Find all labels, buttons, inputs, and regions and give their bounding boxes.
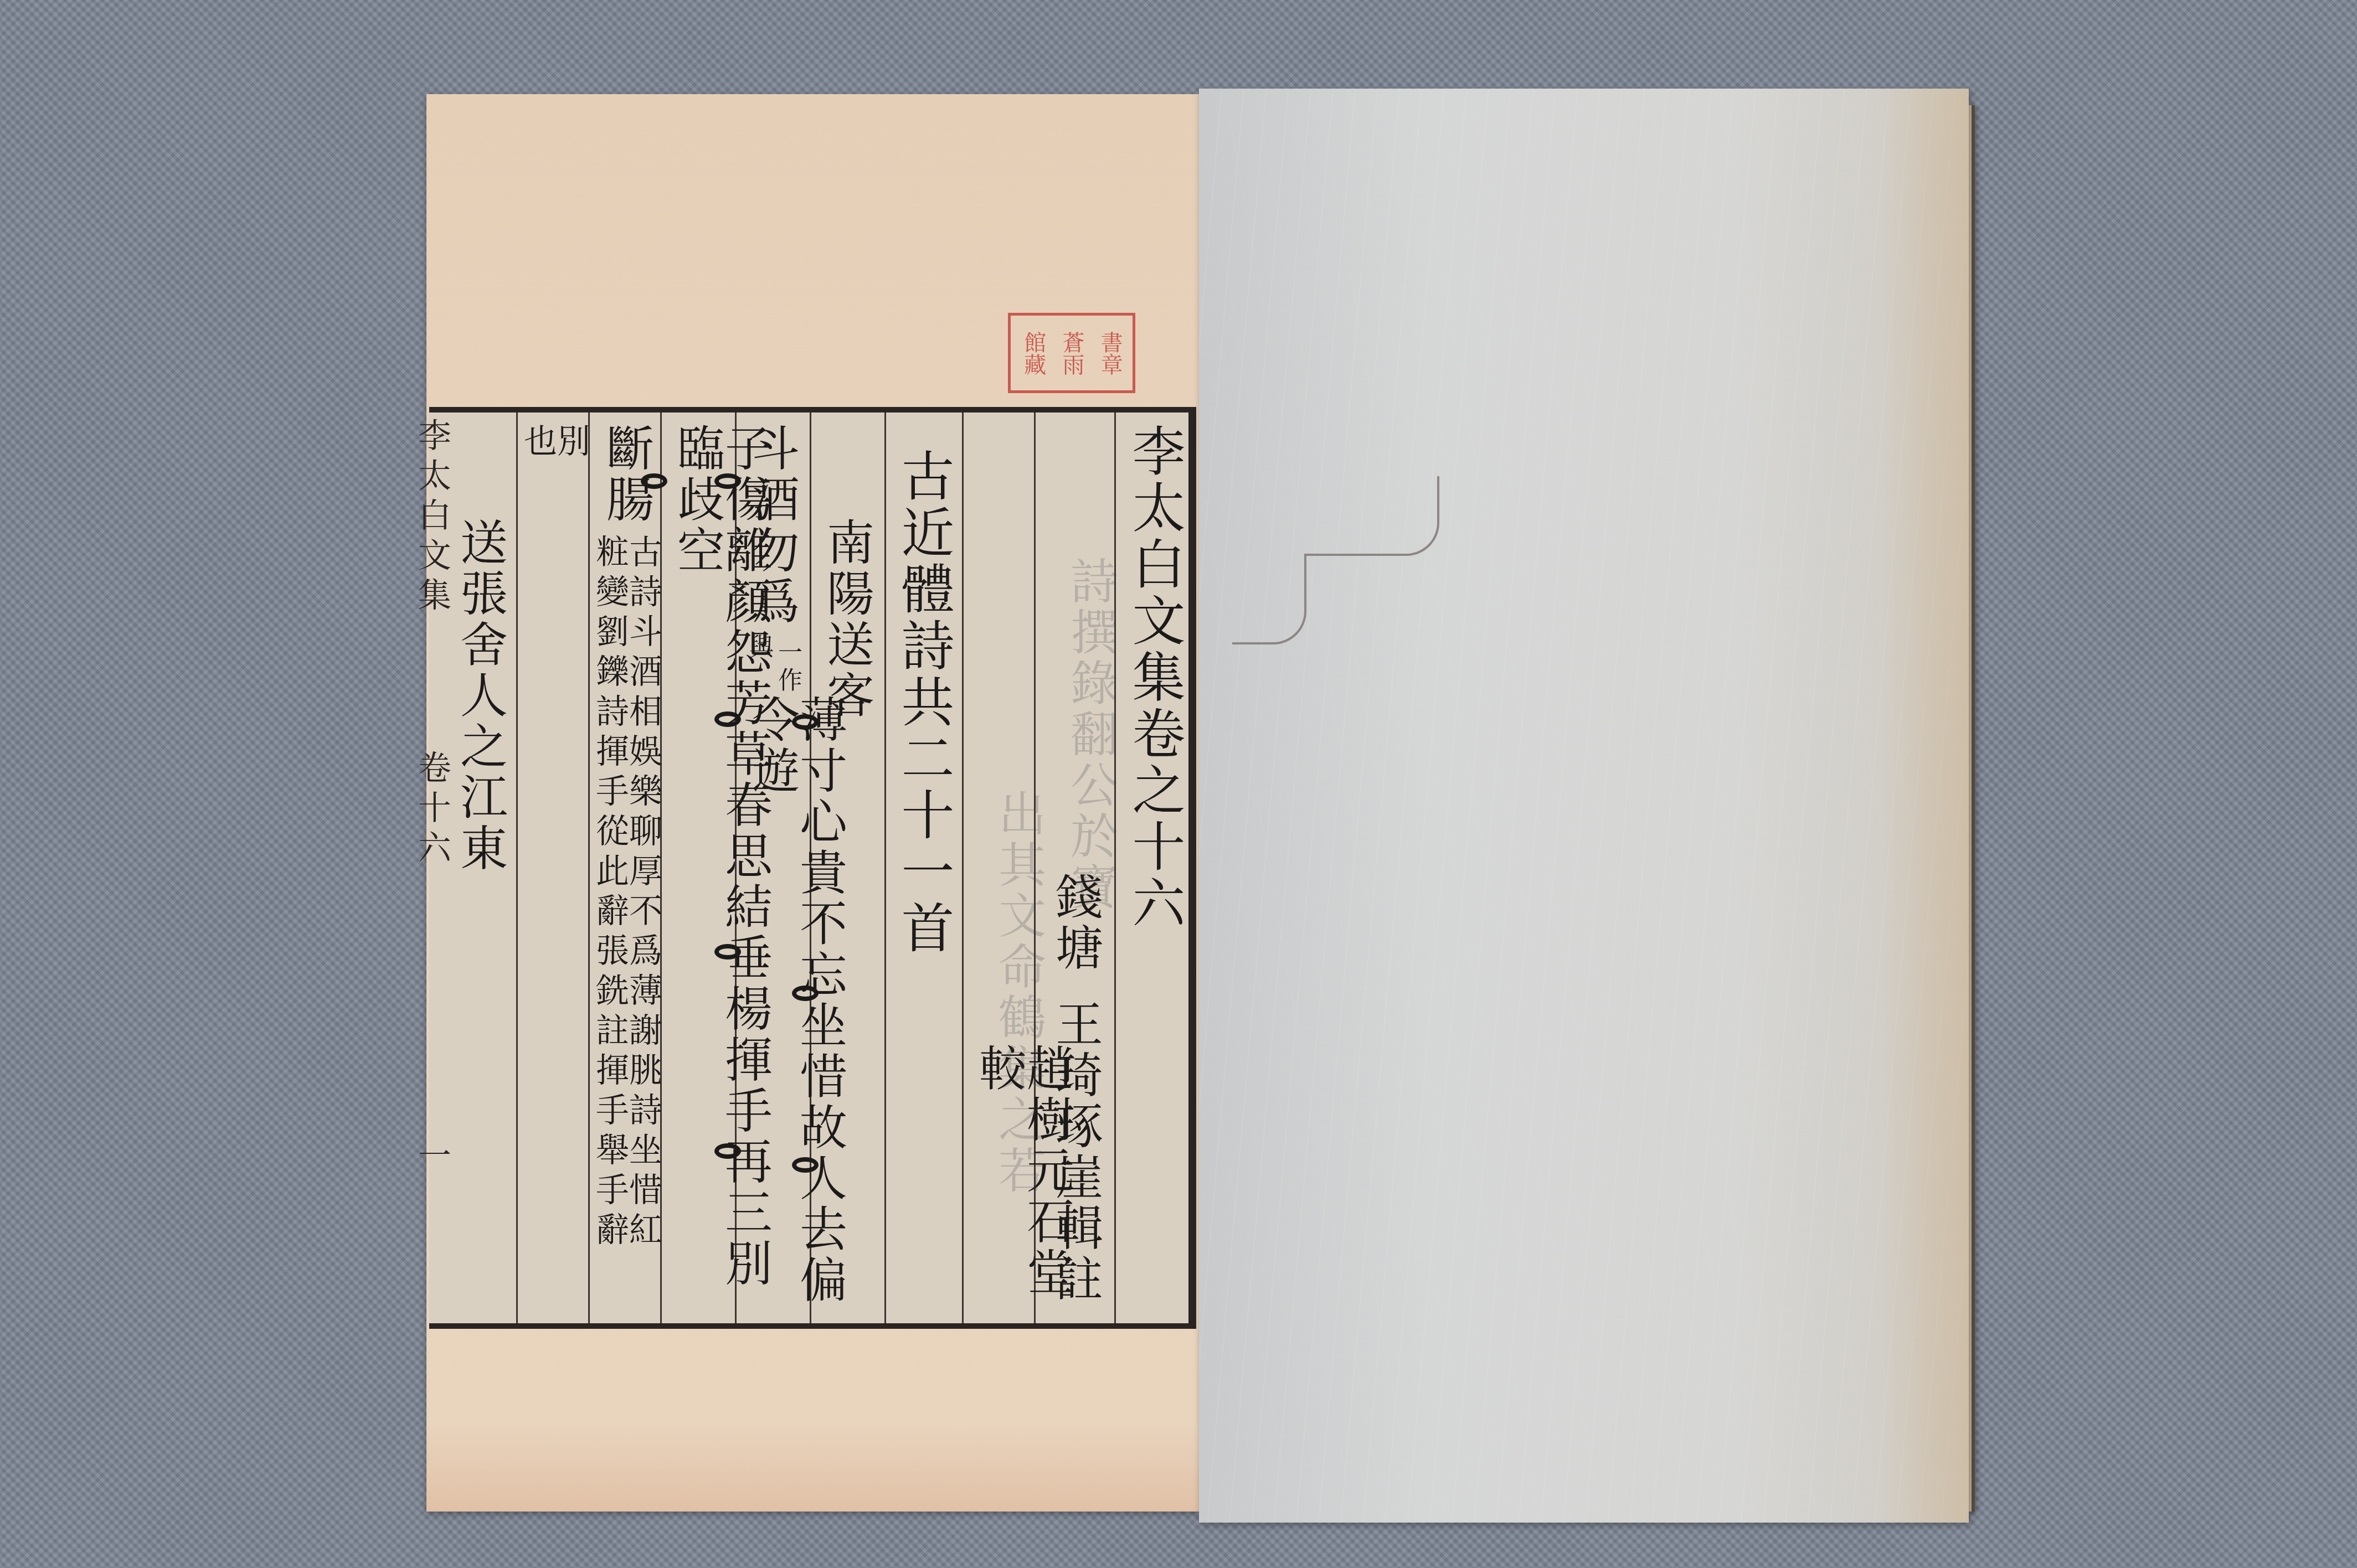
open-book: 書章 蒼雨 館藏 李太白文集卷之十六 錢塘 王琦琢崖輯註 趙樹元石堂較 古近體詩… xyxy=(0,0,2357,1568)
print-frame: 李太白文集卷之十六 錢塘 王琦琢崖輯註 趙樹元石堂較 古近體詩共二十一首 南陽送… xyxy=(429,407,1196,1329)
column-note-end: 別 也 xyxy=(518,412,590,1323)
poem-text: 子傷離顏怨芳草春思結垂楊揮手再三別臨歧空 xyxy=(673,424,768,1323)
section-heading: 古近體詩共二十一首 xyxy=(897,448,950,957)
poem-text: 斷腸 xyxy=(602,424,650,525)
rhyme-mark-icon xyxy=(714,944,741,960)
binding-thread xyxy=(1304,476,1439,556)
variant-note: 一作 xyxy=(775,639,800,695)
book-title: 李太白文集卷之十六 xyxy=(1128,424,1181,932)
rhyme-mark-icon xyxy=(714,473,741,489)
margin-page-number: 一 xyxy=(415,1138,449,1178)
column-section-heading: 古近體詩共二十一首 xyxy=(886,412,964,1323)
commentary-note: 粧變劉鑠詩揮手從此辭張銑註揮手舉手辭 xyxy=(593,534,626,1252)
paper-fibers xyxy=(1199,89,1969,1523)
column-title: 李太白文集卷之十六 xyxy=(1116,412,1188,1323)
margin-book-title: 李太白文集 xyxy=(415,418,449,617)
rhyme-mark-icon xyxy=(714,711,741,727)
column-poem-line-1b: 子傷離顏怨芳草春思結垂楊揮手再三別臨歧空 xyxy=(662,412,737,1323)
rhyme-mark-icon xyxy=(641,473,667,489)
show-through-text: 詩撰錄翻公於寶 xyxy=(1066,556,1114,913)
right-page xyxy=(1199,89,1969,1523)
rhyme-mark-icon xyxy=(792,714,819,730)
binding-thread xyxy=(1232,554,1306,644)
seal-column: 館藏 xyxy=(1022,331,1045,375)
commentary-note: 古詩斗酒相娛樂聊厚不爲薄謝朓詩坐惜紅 xyxy=(626,534,660,1252)
edge-stain xyxy=(1880,89,1969,1523)
poem-title-nanyang: 南陽送客 xyxy=(822,518,870,721)
fold-margin-strip: 李太白文集 卷十六 一 xyxy=(410,407,465,1329)
rhyme-mark-icon xyxy=(714,1143,741,1159)
paper-stain xyxy=(426,1423,1202,1512)
seal-column: 書章 xyxy=(1098,331,1121,375)
rhyme-mark-icon xyxy=(792,1157,819,1173)
commentary-note: 別 xyxy=(554,424,588,463)
column-poem-line-1c: 斷腸 古詩斗酒相娛樂聊厚不爲薄謝朓詩坐惜紅 粧變劉鑠詩揮手從此辭張銑註揮手舉手辭 xyxy=(590,412,662,1323)
rhyme-mark-icon xyxy=(792,986,819,1001)
seal-column: 蒼雨 xyxy=(1060,331,1083,375)
show-through-text: 出其文命鶴集之若 xyxy=(994,789,1042,1196)
commentary-note: 也 xyxy=(521,424,554,463)
collector-seal: 書章 蒼雨 館藏 xyxy=(1008,313,1135,393)
margin-volume: 卷十六 xyxy=(415,750,449,870)
